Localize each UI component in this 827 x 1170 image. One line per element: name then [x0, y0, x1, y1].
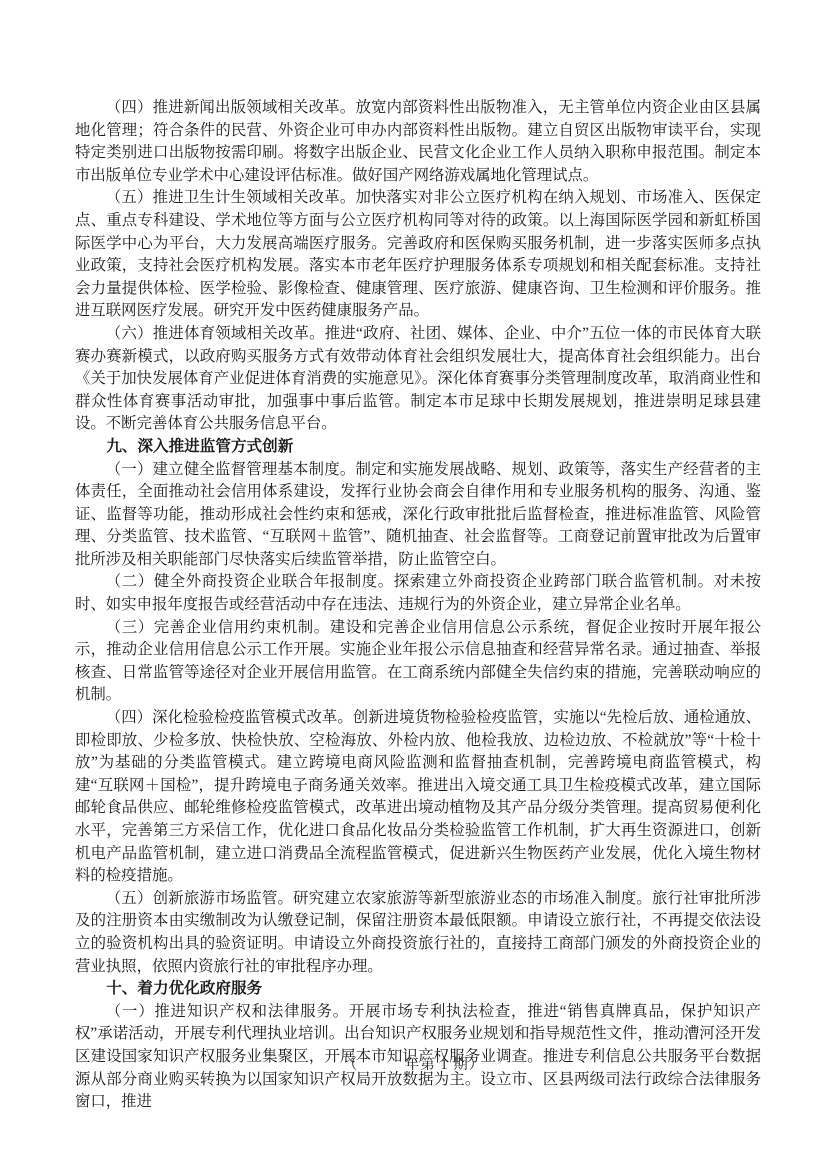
paragraph: （三）完善企业信用约束机制。建设和完善企业信用信息公示系统，督促企业按时开展年报…	[75, 617, 761, 707]
issue-label: （ 年第 1 期）	[343, 1057, 485, 1073]
document-body: （四）推进新闻出版领域相关改革。放宽内部资料性出版物准入，无主管单位内资企业由区…	[75, 97, 761, 1114]
paragraph: （一）建立健全监督管理基本制度。制定和实施发展战略、规划、政策等，落实生产经营者…	[75, 459, 761, 572]
document-page: （四）推进新闻出版领域相关改革。放宽内部资料性出版物准入，无主管单位内资企业由区…	[0, 0, 827, 1170]
paragraph: （四）深化检验检疫监管模式改革。创新进境货物检验检疫监管，实施以“先检后放、通检…	[75, 707, 761, 888]
page-footer: （ 年第 1 期）	[0, 1053, 827, 1074]
paragraph: （二）健全外商投资企业联合年报制度。探索建立外商投资企业跨部门联合监管机制。对未…	[75, 571, 761, 616]
paragraph: （六）推进体育领域相关改革。推进“政府、社团、媒体、企业、中介”五位一体的市民体…	[75, 323, 761, 436]
paragraph: （五）推进卫生计生领域相关改革。加快落实对非公立医疗机构在纳入规划、市场准入、医…	[75, 187, 761, 323]
paragraph: （五）创新旅游市场监管。研究建立农家旅游等新型旅游业态的市场准入制度。旅行社审批…	[75, 888, 761, 978]
section-heading: 九、深入推进监管方式创新	[75, 436, 761, 459]
paragraph: （四）推进新闻出版领域相关改革。放宽内部资料性出版物准入，无主管单位内资企业由区…	[75, 97, 761, 187]
section-heading: 十、着力优化政府服务	[75, 978, 761, 1001]
